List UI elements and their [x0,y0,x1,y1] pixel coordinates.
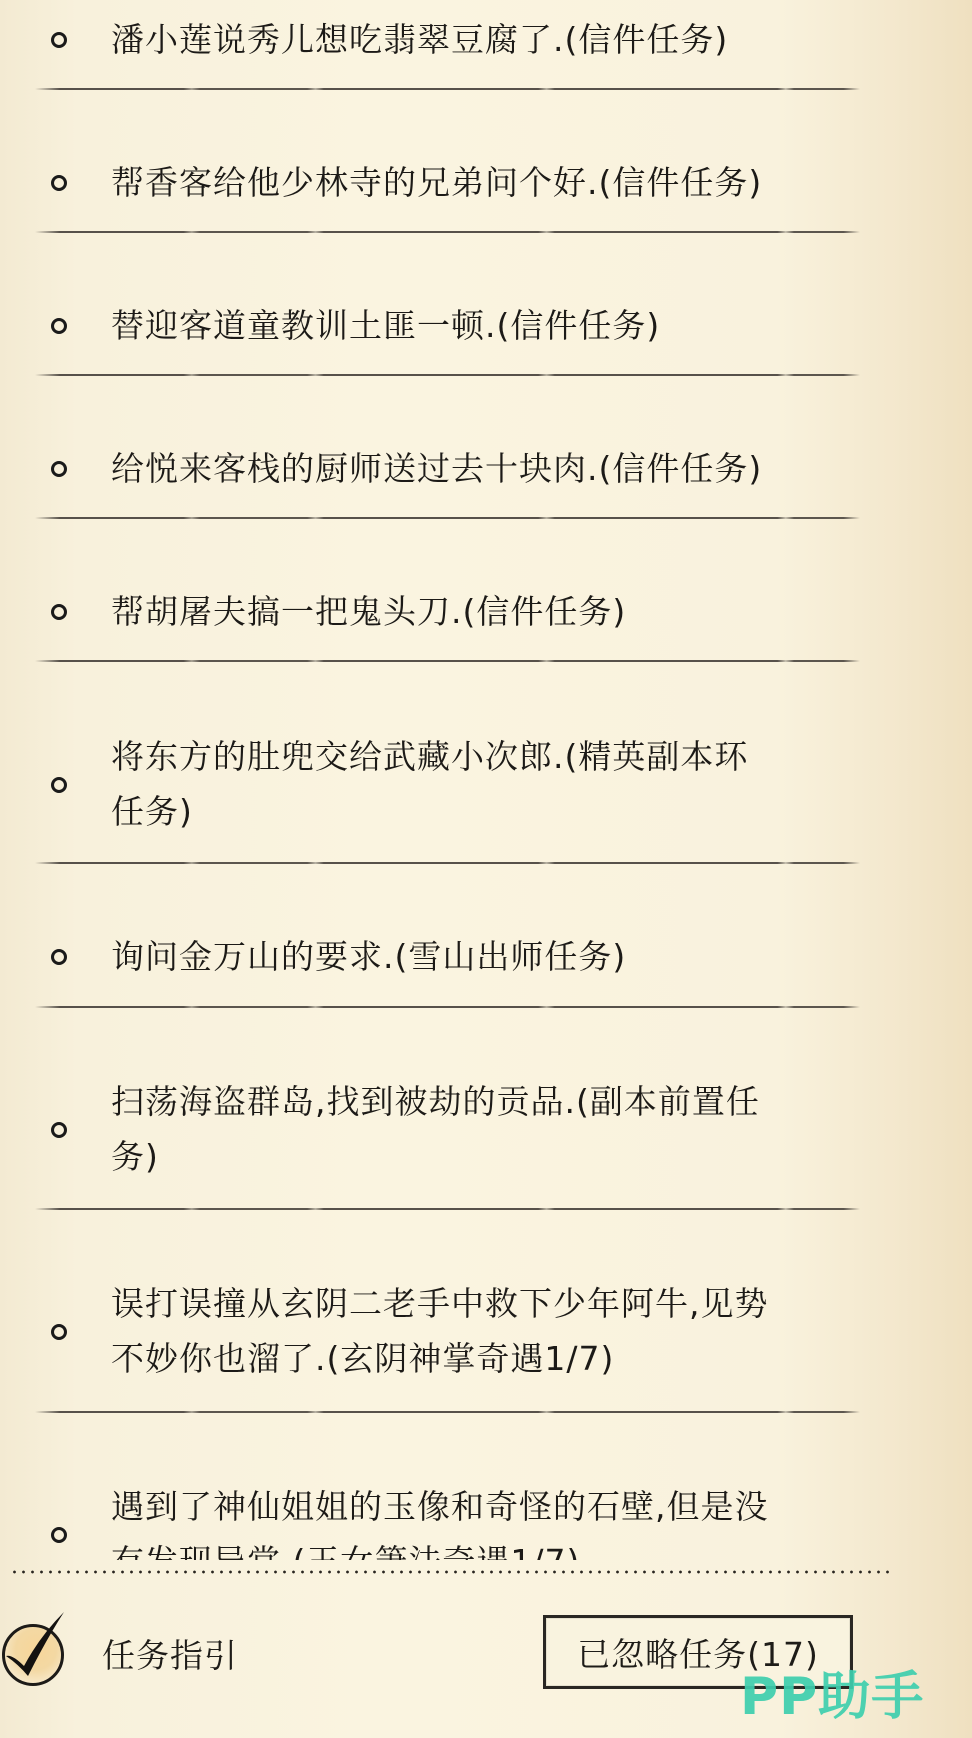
divider [35,231,860,233]
task-line: 帮香客给他少林寺的兄弟问个好.(信件任务) [111,155,851,210]
task-text: 替迎客道童教训土匪一顿.(信件任务) [111,298,851,353]
task-line: 将东方的肚兜交给武藏小次郎.(精英副本环 [111,729,851,784]
task-list[interactable]: 潘小莲说秀儿想吃翡翠豆腐了.(信件任务) 帮香客给他少林寺的兄弟问个好.(信件任… [0,0,972,1560]
task-guide-label: 任务指引 [102,1636,238,1676]
task-line: 替迎客道童教训土匪一顿.(信件任务) [111,298,851,353]
task-text: 误打误撞从玄阴二老手中救下少年阿牛,见势 不妙你也溜了.(玄阴神掌奇遇1/7) [111,1276,851,1386]
task-guide-toggle[interactable]: 任务指引 [0,1616,280,1696]
task-text: 遇到了神仙姐姐的玉像和奇怪的石壁,但是没 有发现异常.(玉女箫法奇遇1/7) [111,1479,851,1560]
task-text: 潘小莲说秀儿想吃翡翠豆腐了.(信件任务) [111,12,851,67]
circle-bullet-icon [51,461,67,477]
divider [35,1208,860,1210]
divider [35,517,860,519]
circle-bullet-icon [51,949,67,965]
task-line: 不妙你也溜了.(玄阴神掌奇遇1/7) [111,1331,851,1386]
task-line: 询问金万山的要求.(雪山出师任务) [111,929,851,984]
divider [35,862,860,864]
watermark-logo: PP助手 [740,1654,924,1729]
task-line: 遇到了神仙姐姐的玉像和奇怪的石壁,但是没 [111,1479,851,1534]
task-line: 务) [111,1129,851,1184]
circle-bullet-icon [51,604,67,620]
divider [35,88,860,90]
task-text: 将东方的肚兜交给武藏小次郎.(精英副本环 任务) [111,729,851,839]
task-line: 给悦来客栈的厨师送过去十块肉.(信件任务) [111,441,851,496]
task-text: 扫荡海盗群岛,找到被劫的贡品.(副本前置任 务) [111,1074,851,1184]
task-line: 任务) [111,784,851,839]
task-text: 帮香客给他少林寺的兄弟问个好.(信件任务) [111,155,851,210]
circle-bullet-icon [51,32,67,48]
divider [35,1006,860,1008]
circle-bullet-icon [51,777,67,793]
circle-bullet-icon [51,1122,67,1138]
task-line: 潘小莲说秀儿想吃翡翠豆腐了.(信件任务) [111,12,851,67]
task-line: 帮胡屠夫搞一把鬼头刀.(信件任务) [111,584,851,639]
task-text: 帮胡屠夫搞一把鬼头刀.(信件任务) [111,584,851,639]
task-line: 误打误撞从玄阴二老手中救下少年阿牛,见势 [111,1276,851,1331]
dotted-separator [10,1570,895,1574]
task-line: 扫荡海盗群岛,找到被劫的贡品.(副本前置任 [111,1074,851,1129]
task-line: 有发现异常.(玉女箫法奇遇1/7) [111,1534,851,1560]
divider [35,374,860,376]
checkmark-icon [2,1610,70,1682]
task-text: 给悦来客栈的厨师送过去十块肉.(信件任务) [111,441,851,496]
divider [35,660,860,662]
circle-bullet-icon [51,1324,67,1340]
circle-bullet-icon [51,175,67,191]
circle-bullet-icon [51,1527,67,1543]
task-text: 询问金万山的要求.(雪山出师任务) [111,929,851,984]
circle-bullet-icon [51,318,67,334]
divider [35,1411,860,1413]
